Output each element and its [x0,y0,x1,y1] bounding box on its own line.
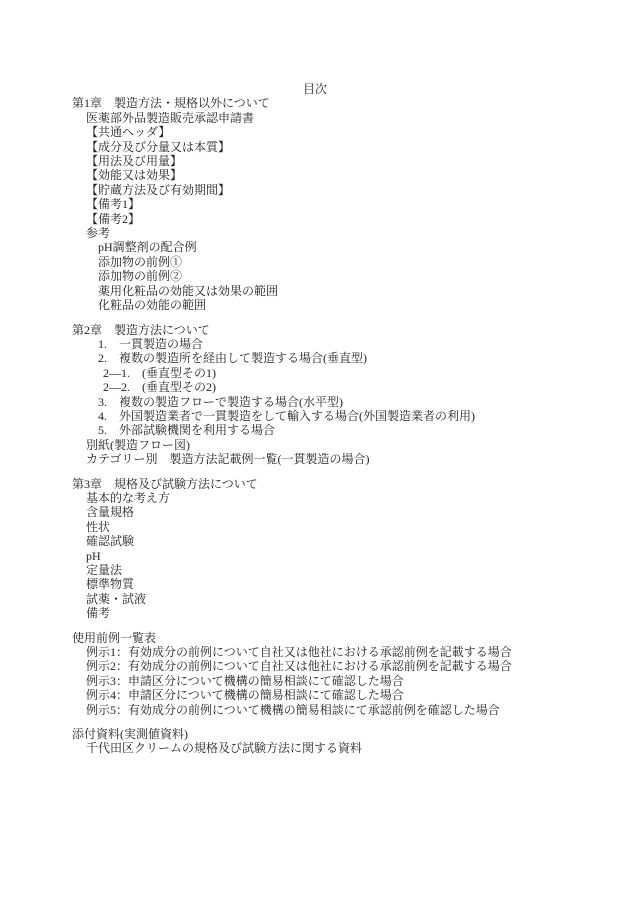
toc-item: 4. 外国製造業者で一貫製造をして輸入する場合(外国製造業者の利用) [72,409,564,423]
toc-item: 含量規格 [72,505,564,519]
toc-item: 3. 複数の製造フローで製造する場合(水平型) [72,395,564,409]
toc-item: 例示3：申請区分について機構の簡易相談にて確認した場合 [72,674,564,688]
toc-item: 【成分及び分量又は本質】 [72,140,564,154]
toc-item: 千代田区クリームの規格及び試験方法に関する資料 [72,741,564,755]
section-heading: 第3章 規格及び試験方法について [72,477,564,491]
toc-item: 薬用化粧品の効能又は効果の範囲 [72,284,564,298]
toc-item: 化粧品の効能の範囲 [72,298,564,312]
section-heading: 第1章 製造方法・規格以外について [72,96,564,110]
toc-item: 定量法 [72,563,564,577]
toc-item: 【備考2】 [72,212,564,226]
document-page: 目次 第1章 製造方法・規格以外について医薬部外品製造販売承認申請書【共通ヘッダ… [0,0,630,916]
toc-item: 【貯蔵方法及び有効期間】 [72,183,564,197]
toc-item: 標準物質 [72,577,564,591]
section-heading: 添付資料(実測値資料) [72,727,564,741]
toc-item: カテゴリー別 製造方法記載例一覧(一貫製造の場合) [72,452,564,466]
toc-item: 【備考1】 [72,197,564,211]
toc-item: pH [72,549,564,563]
section-chapter-1: 第1章 製造方法・規格以外について医薬部外品製造販売承認申請書【共通ヘッダ】【成… [72,96,564,312]
toc-item: 【用法及び用量】 [72,154,564,168]
toc-item: 1. 一貫製造の場合 [72,337,564,351]
section-heading: 使用前例一覧表 [72,631,564,645]
toc-item: 基本的な考え方 [72,491,564,505]
toc-item: 2―1. (垂直型その1) [72,366,564,380]
toc-item: 例示2：有効成分の前例について自社又は他社における承認前例を記載する場合 [72,659,564,673]
toc-item: 性状 [72,520,564,534]
toc-item: 【共通ヘッダ】 [72,125,564,139]
section-usage-precedent-list: 使用前例一覧表例示1：有効成分の前例について自社又は他社における承認前例を記載す… [72,631,564,717]
toc-item: 備考 [72,606,564,620]
toc-item: 5. 外部試験機関を利用する場合 [72,423,564,437]
toc-item: 例示4：申請区分について機構の簡易相談にて確認した場合 [72,688,564,702]
toc-item: pH調整剤の配合例 [72,240,564,254]
page-title: 目次 [72,82,558,96]
section-chapter-3: 第3章 規格及び試験方法について基本的な考え方含量規格性状確認試験pH定量法標準… [72,477,564,621]
toc-item: 参考 [72,226,564,240]
table-of-contents: 第1章 製造方法・規格以外について医薬部外品製造販売承認申請書【共通ヘッダ】【成… [72,96,564,755]
toc-item: 2. 複数の製造所を経由して製造する場合(垂直型) [72,351,564,365]
toc-item: 【効能又は効果】 [72,168,564,182]
toc-item: 添加物の前例① [72,255,564,269]
section-attached-documents: 添付資料(実測値資料)千代田区クリームの規格及び試験方法に関する資料 [72,727,564,756]
toc-item: 医薬部外品製造販売承認申請書 [72,111,564,125]
toc-item: 2―2. (垂直型その2) [72,380,564,394]
section-heading: 第2章 製造方法について [72,323,564,337]
toc-item: 例示1：有効成分の前例について自社又は他社における承認前例を記載する場合 [72,645,564,659]
toc-item: 別紙(製造フロー図) [72,438,564,452]
toc-item: 試薬・試液 [72,592,564,606]
toc-item: 添加物の前例② [72,269,564,283]
toc-item: 確認試験 [72,534,564,548]
toc-item: 例示5：有効成分の前例について機構の簡易相談にて承認前例を確認した場合 [72,703,564,717]
section-chapter-2: 第2章 製造方法について1. 一貫製造の場合2. 複数の製造所を経由して製造する… [72,323,564,467]
